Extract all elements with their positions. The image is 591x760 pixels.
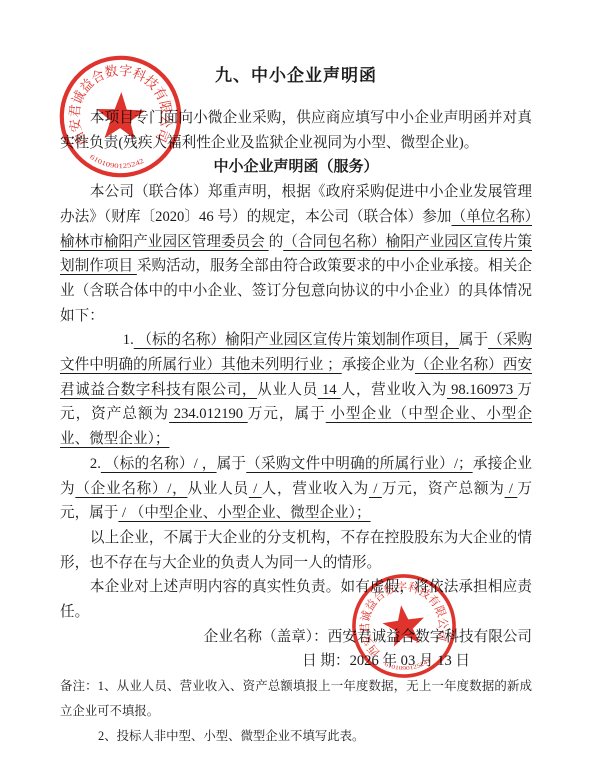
text-run: 本企业对上述声明内容的真实性负责。如有虚假，将依法承担相应责任。 (60, 579, 532, 620)
filled-field-text: （标的名称）榆阳产业园区宣传片策划制作项目， (134, 332, 459, 348)
text-run: 从业人员 (187, 481, 248, 497)
text-run: 万元，资产总额为 (382, 481, 505, 497)
declaration-paragraph: 本公司（联合体）郑重声明，根据《政府采购促进中小企业发展管理办法》（财库〔202… (60, 180, 532, 328)
document-subtitle: 中小企业声明函（服务） (60, 155, 532, 180)
text-run: 本项目专门面向小微企业采购，供应商应填写中小企业声明函并对真实性负责(残疾人福利… (60, 110, 532, 151)
text-run: 人，营业收入为 (262, 481, 369, 497)
text-run: 从业人员 (257, 382, 318, 398)
text-run: 1. (123, 332, 134, 348)
text-run: 人，营业收入为 (341, 382, 447, 398)
filled-field-text: （企业名称）/， (75, 481, 187, 497)
filled-field-text: / （中型企业、小型企业、微型企业）； (118, 505, 370, 521)
filled-field-text: （标的名称）/ ， (101, 456, 217, 472)
intro-paragraph: 本项目专门面向小微企业采购，供应商应填写中小企业声明函并对真实性负责(残疾人福利… (60, 106, 532, 155)
text-run: 万元，属于 (248, 406, 326, 422)
filled-field-text: 14 (318, 382, 341, 398)
notes-line-2: 2、投标人非中型、小型、微型企业不填写此表。 (60, 724, 532, 749)
notes-line-1: 备注：1、从业人员、营业收入、资产总额填报上一年度数据，无上一年度数据的新成立企… (60, 674, 532, 723)
text-run: 承接企业为 (342, 357, 415, 373)
text-run: 2. (90, 456, 101, 472)
text-run: 属于 (459, 332, 488, 348)
document-body: 九、中小企业声明函 本项目专门面向小微企业采购，供应商应填写中小企业声明函并对真… (60, 64, 532, 748)
filled-field-text: 98.160973 (447, 382, 517, 398)
filled-field-text: / (249, 481, 262, 497)
filled-field-text: / (369, 481, 382, 497)
item-2-paragraph: 2. （标的名称）/ ，属于（采购文件中明确的所属行业）/；承接企业为（企业名称… (60, 452, 532, 526)
filled-field-text: / (505, 481, 518, 497)
signature-date-line: 日 期：2026 年 03 月 13 日 (60, 649, 532, 674)
responsibility-paragraph: 本企业对上述声明内容的真实性负责。如有虚假，将依法承担相应责任。 (60, 575, 532, 624)
item-1-paragraph: 1. （标的名称）榆阳产业园区宣传片策划制作项目，属于（采购文件中明确的所属行业… (60, 328, 532, 452)
text-run: 的 (269, 234, 284, 250)
filled-field-text: 234.012190 (169, 406, 248, 422)
text-run: 属于 (217, 456, 247, 472)
document-title: 九、中小企业声明函 (60, 64, 532, 88)
no-large-enterprise-paragraph: 以上企业，不属于大企业的分支机构，不存在控股股东为大企业的情形，也不存在与大企业… (60, 526, 532, 575)
text-run: 以上企业，不属于大企业的分支机构，不存在控股股东为大企业的情形，也不存在与大企业… (60, 530, 532, 571)
filled-field-text: （采购文件中明确的所属行业）/； (246, 456, 472, 472)
signature-company-line: 企业名称（盖章）：西安君诚益合数字科技有限公司 (60, 625, 532, 650)
declaration-document-page: 九、中小企业声明函 本项目专门面向小微企业采购，供应商应填写中小企业声明函并对真… (0, 0, 591, 760)
